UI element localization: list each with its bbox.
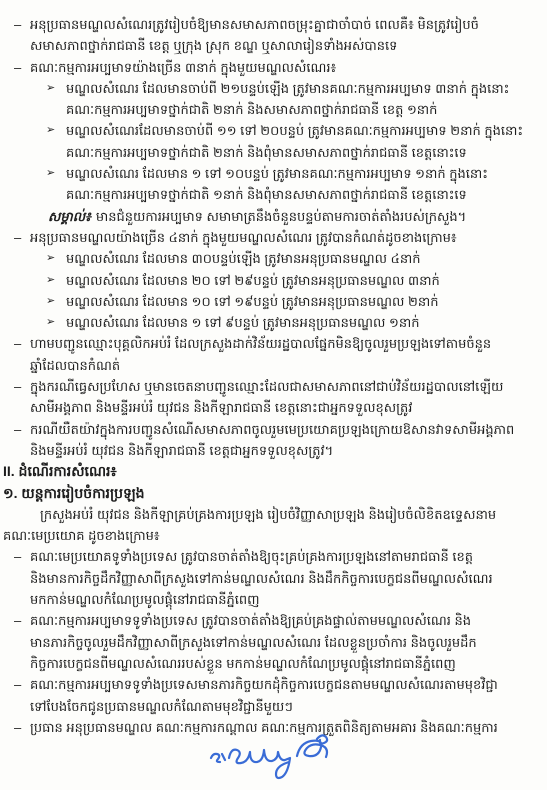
text-line: គណៈកម្មការអប្បមាទថ្នាក់ជាតិ ២នាក់ និងសមា… — [0, 99, 539, 120]
dash-bullet-icon: – — [14, 674, 21, 695]
text-line: ➢មណ្ឌលសំណេរ ដែលមាន ៣០បន្ទប់ឡើង ត្រូវមានអ… — [0, 248, 539, 269]
line-text: អនុប្រធានមណ្ឌលយ៉ាងច្រើន ៤នាក់ ក្នុងមួយមណ… — [30, 230, 457, 245]
text-line: សម្គាល់៖មានជំនួយការអប្បមាទ សមាមាត្រនឹងចំ… — [0, 206, 539, 227]
section-heading: ១. យន្តការរៀបចំការប្រឡង — [0, 483, 539, 504]
line-text: មណ្ឌលសំណេរ ដែលមាន ២០ ទៅ ២៩បន្ទប់ ត្រូវមា… — [66, 273, 440, 288]
dash-bullet-icon: – — [14, 717, 21, 738]
text-line: –ហាមបញ្ជូនឈ្មោះបុគ្គលិកអប់រំ ដែលក្រសួងដា… — [0, 333, 539, 354]
text-line: –គណៈកម្មការអប្បមាទយ៉ាងច្រើន ៣នាក់ ក្នុងម… — [0, 57, 539, 78]
text-line: ឆ្នាំដែលបានកំណត់ — [0, 355, 539, 376]
line-text: គណៈកម្មការអប្បមាទទូទាំងប្រទេស ត្រូវបានចា… — [30, 613, 471, 628]
text-line: –ករណីយឺតយ៉ាវក្នុងការបញ្ជូនសំណើសមាសភាពចូល… — [0, 419, 539, 440]
line-text: មណ្ឌលសំណេរ ដែលមាន ១ ទៅ ១០បន្ទប់ ត្រូវមាន… — [66, 166, 488, 181]
text-line: គណៈកម្មការអប្បមាទថ្នាក់ជាតិ ២នាក់ និងពុំ… — [0, 142, 539, 163]
arrow-bullet-icon: ➢ — [46, 291, 55, 312]
text-line: –អនុប្រធានមណ្ឌលសំណេរត្រូវរៀបចំឱ្យមានសមាស… — [0, 14, 539, 35]
dash-bullet-icon: – — [14, 227, 21, 248]
text-line: និងមន្ទីរអប់រំ យុវជន និងកីឡារាជធានី ខេត្… — [0, 440, 539, 461]
line-text: គណៈកម្មការអប្បមាទថ្នាក់ជាតិ ២នាក់ និងពុំ… — [66, 145, 467, 160]
arrow-bullet-icon: ➢ — [46, 312, 55, 333]
dash-bullet-icon: – — [14, 376, 21, 397]
line-text: គណៈមេប្រយោគ ដូចខាងក្រោម៖ — [3, 528, 160, 543]
arrow-bullet-icon: ➢ — [46, 270, 55, 291]
line-text: សាមីអង្គភាព និងមន្ទីរអប់រំ យុវជន និងកីឡា… — [30, 400, 412, 415]
arrow-bullet-icon: ➢ — [46, 248, 55, 269]
text-line: –គណៈកម្មការអប្បមាទទូទាំងប្រទេស ត្រូវបានច… — [0, 610, 539, 631]
line-text: សមាសភាពថ្នាក់រាជធានី ខេត្ត ឬក្រុង ស្រុក … — [30, 38, 397, 53]
dash-bullet-icon: – — [14, 14, 21, 35]
line-text: និងមានការកិច្ចដឹកវិញ្ញាសាពីក្រសួងទៅកាន់ម… — [30, 571, 493, 586]
text-line: សាមីអង្គភាព និងមន្ទីរអប់រំ យុវជន និងកីឡា… — [0, 397, 539, 418]
line-text: គណៈកម្មការអប្បមាទទូទាំងប្រទេសមានភារកិច្ច… — [30, 677, 498, 692]
text-line: មានភារកិច្ចចូលរួមដឹកវិញ្ញាសាពីក្រសួងទៅកា… — [0, 632, 539, 653]
signature — [205, 728, 350, 788]
line-text: មណ្ឌលសំណេរ ដែលមាន ១០ ទៅ ១៩បន្ទប់ ត្រូវមា… — [66, 294, 439, 309]
line-text: ហាមបញ្ជូនឈ្មោះបុគ្គលិកអប់រំ ដែលក្រសួងដាក… — [30, 336, 491, 351]
text-line: ➢មណ្ឌលសំណេរ ដែលមាន ១០ ទៅ ១៩បន្ទប់ ត្រូវម… — [0, 291, 539, 312]
document-page: –អនុប្រធានមណ្ឌលសំណេរត្រូវរៀបចំឱ្យមានសមាស… — [0, 0, 547, 790]
text-line: គណៈមេប្រយោគ ដូចខាងក្រោម៖ — [0, 525, 539, 546]
text-line: ក្រសួងអប់រំ យុវជន និងកីឡាគ្រប់គ្រងការប្រ… — [0, 504, 539, 525]
line-text: មានភារកិច្ចចូលរួមដឹកវិញ្ញាសាពីក្រសួងទៅកា… — [30, 635, 477, 650]
arrow-bullet-icon: ➢ — [46, 163, 55, 184]
line-text: មកកាន់មណ្ឌលកំណែប្រមូលផ្ដុំនៅរាជធានីភ្នំព… — [30, 592, 260, 607]
line-text: មណ្ឌលសំណេរដែលមានចាប់ពី ១១ ទៅ ២០បន្ទប់ ត្… — [66, 123, 523, 138]
line-text: ទៅបែងចែកជូនប្រធានមណ្ឌលកំណែតាមមុខវិជ្ជានី… — [30, 699, 293, 714]
text-line: ➢មណ្ឌលសំណេរដែលមានចាប់ពី ១១ ទៅ ២០បន្ទប់ ត… — [0, 120, 539, 141]
line-text: កិច្ចការបេក្ខជនពីមណ្ឌលសំណេររបស់ខ្លួន មកក… — [30, 656, 456, 671]
line-text: អនុប្រធានមណ្ឌលសំណេរត្រូវរៀបចំឱ្យមានសមាសភ… — [30, 17, 479, 32]
line-text: មណ្ឌលសំណេរ ដែលមានចាប់ពី ២១បន្ទប់ឡើង ត្រូ… — [66, 81, 509, 96]
text-line: គណៈកម្មការអប្បមាទថ្នាក់ជាតិ ១នាក់ និងពុំ… — [0, 184, 539, 205]
arrow-bullet-icon: ➢ — [46, 78, 55, 99]
line-text: គណៈកម្មការអប្បមាទថ្នាក់ជាតិ ១នាក់ និងពុំ… — [66, 187, 467, 202]
text-line: –អនុប្រធានមណ្ឌលយ៉ាងច្រើន ៤នាក់ ក្នុងមួយម… — [0, 227, 539, 248]
arrow-bullet-icon: ➢ — [46, 120, 55, 141]
text-line: និងមានការកិច្ចដឹកវិញ្ញាសាពីក្រសួងទៅកាន់ម… — [0, 568, 539, 589]
dash-bullet-icon: – — [14, 419, 21, 440]
text-line: ➢មណ្ឌលសំណេរ ដែលមាន ២០ ទៅ ២៩បន្ទប់ ត្រូវម… — [0, 270, 539, 291]
line-text: ក្នុងករណីធ្វេសប្រហែស ឬមានចេតនាបញ្ជូនឈ្មោ… — [30, 379, 503, 394]
document-body: –អនុប្រធានមណ្ឌលសំណេរត្រូវរៀបចំឱ្យមានសមាស… — [0, 14, 539, 738]
text-line: មកកាន់មណ្ឌលកំណែប្រមូលផ្ដុំនៅរាជធានីភ្នំព… — [0, 589, 539, 610]
dash-bullet-icon: – — [14, 546, 21, 567]
text-line: ➢មណ្ឌលសំណេរ ដែលមាន ១ ទៅ ១០បន្ទប់ ត្រូវមា… — [0, 163, 539, 184]
text-line: –ក្នុងករណីធ្វេសប្រហែស ឬមានចេតនាបញ្ជូនឈ្ម… — [0, 376, 539, 397]
text-line: ➢មណ្ឌលសំណេរ ដែលមាន ១ ទៅ ៩បន្ទប់ ត្រូវមាន… — [0, 312, 539, 333]
text-line: –គណៈកម្មការអប្បមាទទូទាំងប្រទេសមានភារកិច្… — [0, 674, 539, 695]
note-label: សម្គាល់៖ — [48, 209, 96, 224]
line-text: II. ដំណើរការសំណេរ៖ — [3, 463, 117, 479]
dash-bullet-icon: – — [14, 333, 21, 354]
text-line: កិច្ចការបេក្ខជនពីមណ្ឌលសំណេររបស់ខ្លួន មកក… — [0, 653, 539, 674]
line-text: គណៈកម្មការអប្បមាទយ៉ាងច្រើន ៣នាក់ ក្នុងមួ… — [30, 60, 336, 75]
line-text: និងមន្ទីរអប់រំ យុវជន និងកីឡារាជធានី ខេត្… — [30, 443, 333, 458]
line-text: ករណីយឺតយ៉ាវក្នុងការបញ្ជូនសំណើសមាសភាពចូលរ… — [30, 422, 514, 437]
dash-bullet-icon: – — [14, 57, 21, 78]
line-text: មានជំនួយការអប្បមាទ សមាមាត្រនឹងចំនួនបន្ទប… — [96, 209, 466, 224]
text-line: ➢មណ្ឌលសំណេរ ដែលមានចាប់ពី ២១បន្ទប់ឡើង ត្រ… — [0, 78, 539, 99]
text-line: ទៅបែងចែកជូនប្រធានមណ្ឌលកំណែតាមមុខវិជ្ជានី… — [0, 696, 539, 717]
dash-bullet-icon: – — [14, 610, 21, 631]
line-text: ១. យន្តការរៀបចំការប្រឡង — [3, 485, 145, 501]
line-text: គណៈមេប្រយោគទូទាំងប្រទេស ត្រូវបានចាត់តាំង… — [30, 549, 473, 564]
section-heading: II. ដំណើរការសំណេរ៖ — [0, 461, 539, 482]
line-text: ឆ្នាំដែលបានកំណត់ — [30, 358, 120, 373]
line-text: ក្រសួងអប់រំ យុវជន និងកីឡាគ្រប់គ្រងការប្រ… — [40, 507, 496, 522]
text-line: សមាសភាពថ្នាក់រាជធានី ខេត្ត ឬក្រុង ស្រុក … — [0, 35, 539, 56]
line-text: មណ្ឌលសំណេរ ដែលមាន ១ ទៅ ៩បន្ទប់ ត្រូវមានអ… — [66, 315, 419, 330]
text-line: –គណៈមេប្រយោគទូទាំងប្រទេស ត្រូវបានចាត់តាំ… — [0, 546, 539, 567]
line-text: មណ្ឌលសំណេរ ដែលមាន ៣០បន្ទប់ឡើង ត្រូវមានអន… — [66, 251, 421, 266]
line-text: គណៈកម្មការអប្បមាទថ្នាក់ជាតិ ២នាក់ និងសមា… — [66, 102, 437, 117]
